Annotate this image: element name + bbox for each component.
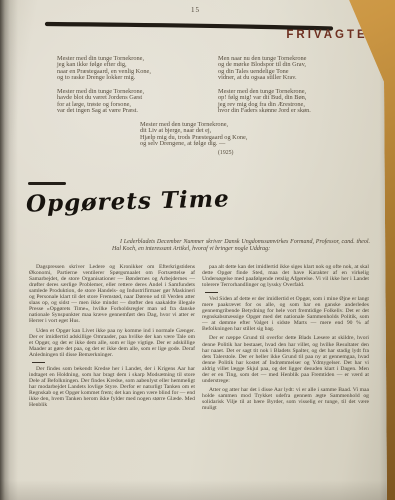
paragraph: Atter og atter har det i disse Aar lydt:… [202, 387, 369, 411]
poem-year: (1925) [140, 150, 247, 156]
poem-stanza-4: Mester med den tunge Tornekrone, op! føl… [218, 89, 311, 114]
poem-line: og selv Drengene, at følge dig. — [140, 141, 247, 147]
poem-line: og to raske Drenge lokker mig. [57, 75, 151, 81]
article-title: Opgørets Time [26, 185, 230, 217]
article-column-right: paa alt dette kan det imidlertid ikke si… [202, 264, 369, 415]
paragraph: paa alt dette kan det imidlertid ikke si… [202, 264, 369, 288]
paragraph: Der er næppe Grund til overfor dette Bla… [202, 335, 369, 383]
article-column-left: Dagspressen skriver Ledere og Kronikker … [29, 264, 195, 412]
magazine-page: 15 FRIVAGTEN Mester med din tunge Tornek… [0, 0, 395, 500]
article-intro: I Lederbladets December Nummer skriver D… [112, 239, 370, 253]
poem-line: vidner, at du ogsaa stiller Krav. [218, 75, 306, 81]
poem-stanza-1: Mester med din tunge Tornekrone, jeg kan… [57, 56, 151, 81]
paragraph: Dagspressen skriver Ledere og Kronikker … [29, 264, 195, 324]
paragraph: Uden et Opgør kan Livet ikke paa ny komm… [29, 328, 195, 358]
section-divider [32, 362, 45, 363]
poem-line: hvor din Faders skønne Jord er skøn. [218, 108, 311, 114]
poem-stanza-5: Mester med den tunge Tornekrone, dit Liv… [140, 122, 247, 156]
article-rule [28, 182, 66, 185]
magazine-title: FRIVAGTEN [286, 29, 379, 41]
poem-line: var det ingen Sag at være Præst. [57, 108, 144, 114]
poem-stanza-2: Mester med din tunge Tornekrone, havde b… [57, 89, 144, 114]
poem-stanza-3: Men naar nu den tunge Tornekrone og de m… [218, 56, 306, 81]
paragraph: Ved Siden af dette er der imidlertid et … [202, 296, 369, 332]
section-divider [205, 292, 218, 293]
paragraph: Der findes som bekendt Kredse her i Land… [29, 366, 195, 408]
